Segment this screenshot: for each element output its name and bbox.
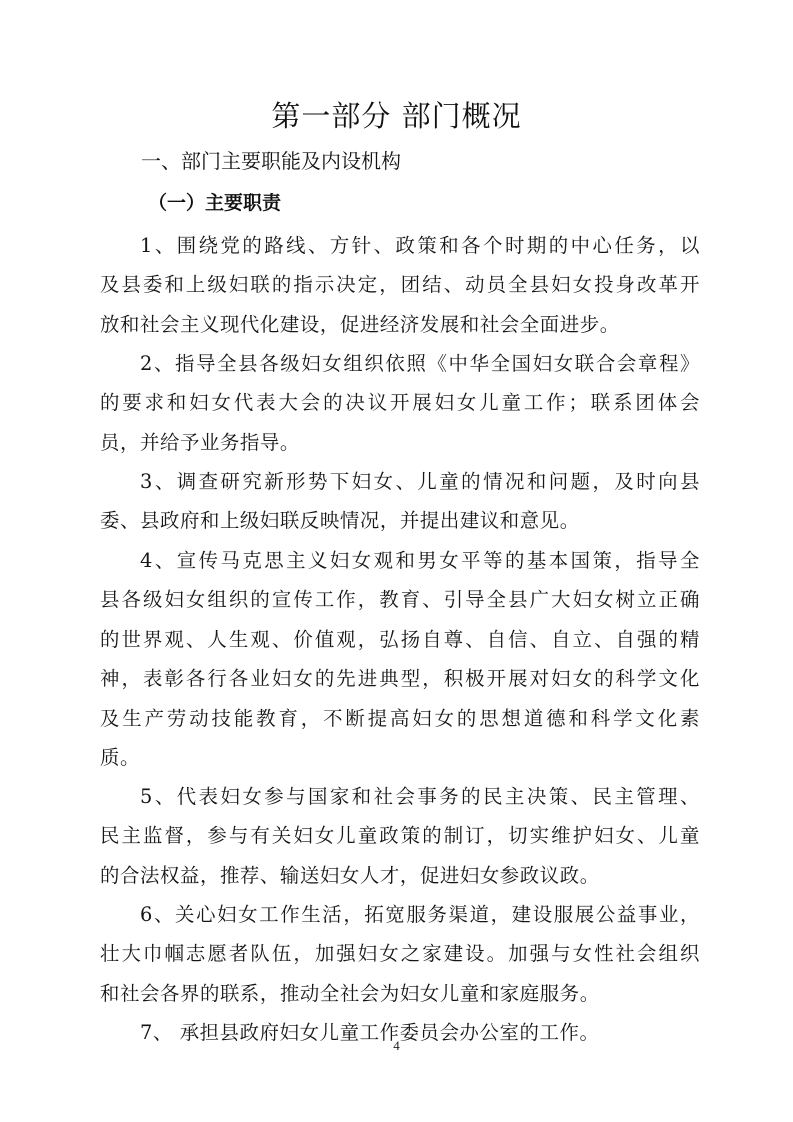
paragraph-line: 和社会各界的联系，推动全社会为妇女儿童和家庭服务。: [100, 974, 700, 1013]
paragraph-line: 及生产劳动技能教育，不断提高妇女的思想道德和科学文化素: [100, 699, 700, 738]
paragraph-3: 3、调查研究新形势下妇女、儿童的情况和问题，及时向县 委、县政府和上级妇联反映情…: [100, 462, 700, 541]
paragraph-1: 1、围绕党的路线、方针、政策和各个时期的中心任务，以 及县委和上级妇联的指示决定…: [100, 226, 700, 344]
paragraph-line: 的世界观、人生观、价值观，弘扬自尊、自信、自立、自强的精: [100, 620, 700, 659]
section-heading: 一、部门主要职能及内设机构: [141, 146, 401, 176]
paragraph-5: 5、代表妇女参与国家和社会事务的民主决策、民主管理、 民主监督，参与有关妇女儿童…: [100, 777, 700, 895]
paragraph-line: 放和社会主义现代化建设，促进经济发展和社会全面进步。: [100, 305, 700, 344]
paragraph-line: 县各级妇女组织的宣传工作，教育、引导全县广大妇女树立正确: [100, 580, 700, 619]
subsection-heading: （一）主要职责: [148, 188, 281, 218]
paragraph-line: 5、代表妇女参与国家和社会事务的民主决策、民主管理、: [100, 777, 700, 816]
document-page: 第一部分 部门概况 一、部门主要职能及内设机构 （一）主要职责 1、围绕党的路线…: [0, 0, 793, 1122]
paragraph-line: 质。: [100, 738, 700, 777]
paragraph-line: 4、宣传马克思主义妇女观和男女平等的基本国策，指导全: [100, 541, 700, 580]
paragraph-line: 壮大巾帼志愿者队伍，加强妇女之家建设。加强与女性社会组织: [100, 934, 700, 973]
paragraph-line: 员，并给予业务指导。: [100, 423, 700, 462]
paragraph-line: 2、指导全县各级妇女组织依照《中华全国妇女联合会章程》: [100, 344, 700, 383]
paragraph-line: 6、关心妇女工作生活，拓宽服务渠道，建设服展公益事业，: [100, 895, 700, 934]
paragraph-line: 委、县政府和上级妇联反映情况，并提出建议和意见。: [100, 501, 700, 540]
paragraph-2: 2、指导全县各级妇女组织依照《中华全国妇女联合会章程》 的要求和妇女代表大会的决…: [100, 344, 700, 462]
paragraph-line: 的合法权益，推荐、输送妇女人才，促进妇女参政议政。: [100, 856, 700, 895]
paragraph-line: 及县委和上级妇联的指示决定，团结、动员全县妇女投身改革开: [100, 265, 700, 304]
paragraph-line: 的要求和妇女代表大会的决议开展妇女儿童工作；联系团体会: [100, 383, 700, 422]
page-number: 4: [0, 1038, 793, 1054]
paragraph-line: 1、围绕党的路线、方针、政策和各个时期的中心任务，以: [100, 226, 700, 265]
paragraph-line: 民主监督，参与有关妇女儿童政策的制订，切实维护妇女、儿童: [100, 816, 700, 855]
page-title: 第一部分 部门概况: [0, 96, 793, 136]
paragraph-line: 神，表彰各行各业妇女的先进典型，积极开展对妇女的科学文化: [100, 659, 700, 698]
paragraph-line: 3、调查研究新形势下妇女、儿童的情况和问题，及时向县: [100, 462, 700, 501]
paragraph-6: 6、关心妇女工作生活，拓宽服务渠道，建设服展公益事业， 壮大巾帼志愿者队伍，加强…: [100, 895, 700, 1013]
paragraph-4: 4、宣传马克思主义妇女观和男女平等的基本国策，指导全 县各级妇女组织的宣传工作，…: [100, 541, 700, 777]
